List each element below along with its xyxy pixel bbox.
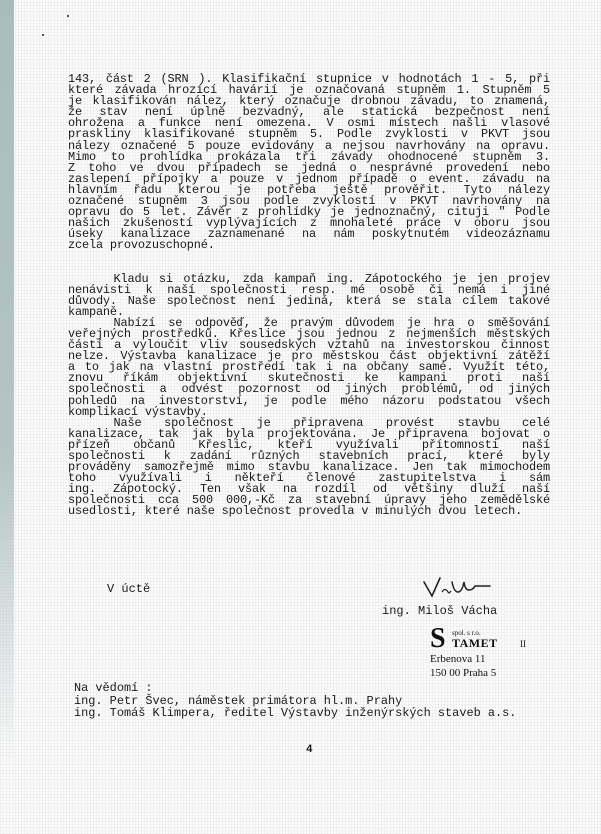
paragraph-campaign-question: Kladu si otázku, zda kampaň ing. Zápotoc… (68, 274, 550, 318)
letter-body: 143, část 2 (SRN ). Klasifikační stupnic… (68, 74, 550, 518)
paragraph-company-ready: Naše společnost je připravena provést st… (68, 418, 550, 518)
closing-salutation: V úctě (107, 582, 150, 596)
scan-speck (42, 34, 44, 36)
paragraph-public-funds: Nabízí se odpověď, že pravým důvodem je … (68, 318, 550, 418)
stamp-number: II (520, 639, 526, 649)
page-number: 4 (306, 744, 313, 756)
company-stamp: S spol. s r.o. TAMET II Erbenova 11 150 … (430, 627, 550, 685)
handwritten-signature (418, 572, 528, 602)
paragraph-inspection-results: 143, část 2 (SRN ). Klasifikační stupnic… (68, 74, 550, 252)
scan-speck (67, 15, 69, 17)
signer-name: ing. Miloš Vácha (382, 604, 497, 618)
text-line: důvody. Naše společnost není jediná, kte… (68, 296, 550, 307)
text-line: usedlosti, které naše společnost provedl… (68, 506, 550, 517)
stamp-city: 150 00 Praha 5 (430, 667, 496, 679)
scanned-letter-page: 143, část 2 (SRN ). Klasifikační stupnic… (0, 0, 601, 834)
cc-heading: Na vědomí : (74, 682, 516, 695)
text-line: zcela provozuschopné. (68, 240, 550, 251)
scan-edge-shadow (0, 0, 14, 760)
stamp-company-name: TAMET (452, 636, 498, 651)
cc-list: Na vědomí : ing. Petr Švec, náměstek pri… (74, 682, 516, 720)
cc-recipient: ing. Tomáš Klimpera, ředitel Výstavby in… (74, 707, 516, 720)
stamp-logo-letter: S (430, 625, 446, 653)
stamp-street: Erbenova 11 (430, 653, 486, 665)
